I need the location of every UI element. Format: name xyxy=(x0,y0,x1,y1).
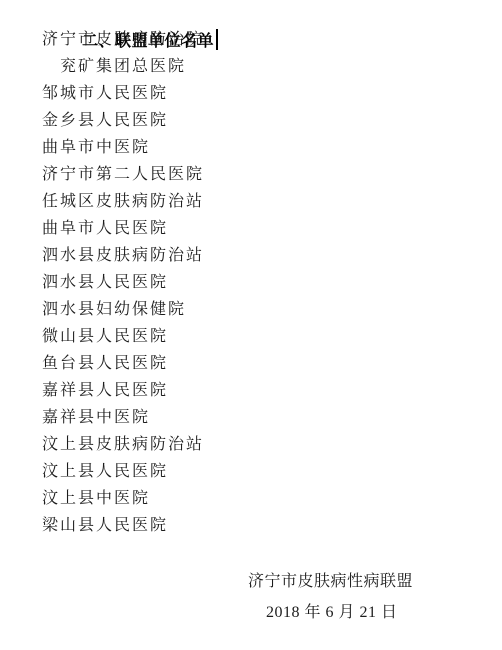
list-item: 曲阜市中医院 xyxy=(42,134,204,161)
list-item: 微山县人民医院 xyxy=(42,323,204,350)
list-item: 济宁市皮肤病防治院 xyxy=(42,26,204,53)
list-item: 梁山县人民医院 xyxy=(42,512,204,539)
list-item: 泗水县人民医院 xyxy=(42,269,204,296)
list-item: 曲阜市人民医院 xyxy=(42,215,204,242)
signature-organization: 济宁市皮肤病性病联盟 xyxy=(248,568,413,591)
signature-date: 2018 年 6 月 21 日 xyxy=(266,599,398,622)
list-item: 邹城市人民医院 xyxy=(42,80,204,107)
hospital-list: 济宁市皮肤病防治院 兖矿集团总医院 邹城市人民医院 金乡县人民医院 曲阜市中医院… xyxy=(42,26,204,539)
list-item: 鱼台县人民医院 xyxy=(42,350,204,377)
list-item: 兖矿集团总医院 xyxy=(42,53,204,80)
list-item: 金乡县人民医院 xyxy=(42,107,204,134)
list-item: 嘉祥县人民医院 xyxy=(42,377,204,404)
list-item: 汶上县皮肤病防治站 xyxy=(42,431,204,458)
list-item: 济宁市第二人民医院 xyxy=(42,161,204,188)
list-item: 嘉祥县中医院 xyxy=(42,404,204,431)
document-edit-surface[interactable]: 二、联盟单位名单 济宁市皮肤病防治院 兖矿集团总医院 邹城市人民医院 金乡县人民… xyxy=(0,0,502,650)
list-item: 泗水县皮肤病防治站 xyxy=(42,242,204,269)
list-item: 任城区皮肤病防治站 xyxy=(42,188,204,215)
list-item: 汶上县中医院 xyxy=(42,485,204,512)
list-item: 泗水县妇幼保健院 xyxy=(42,296,204,323)
list-item: 汶上县人民医院 xyxy=(42,458,204,485)
text-cursor-caret xyxy=(216,29,218,50)
